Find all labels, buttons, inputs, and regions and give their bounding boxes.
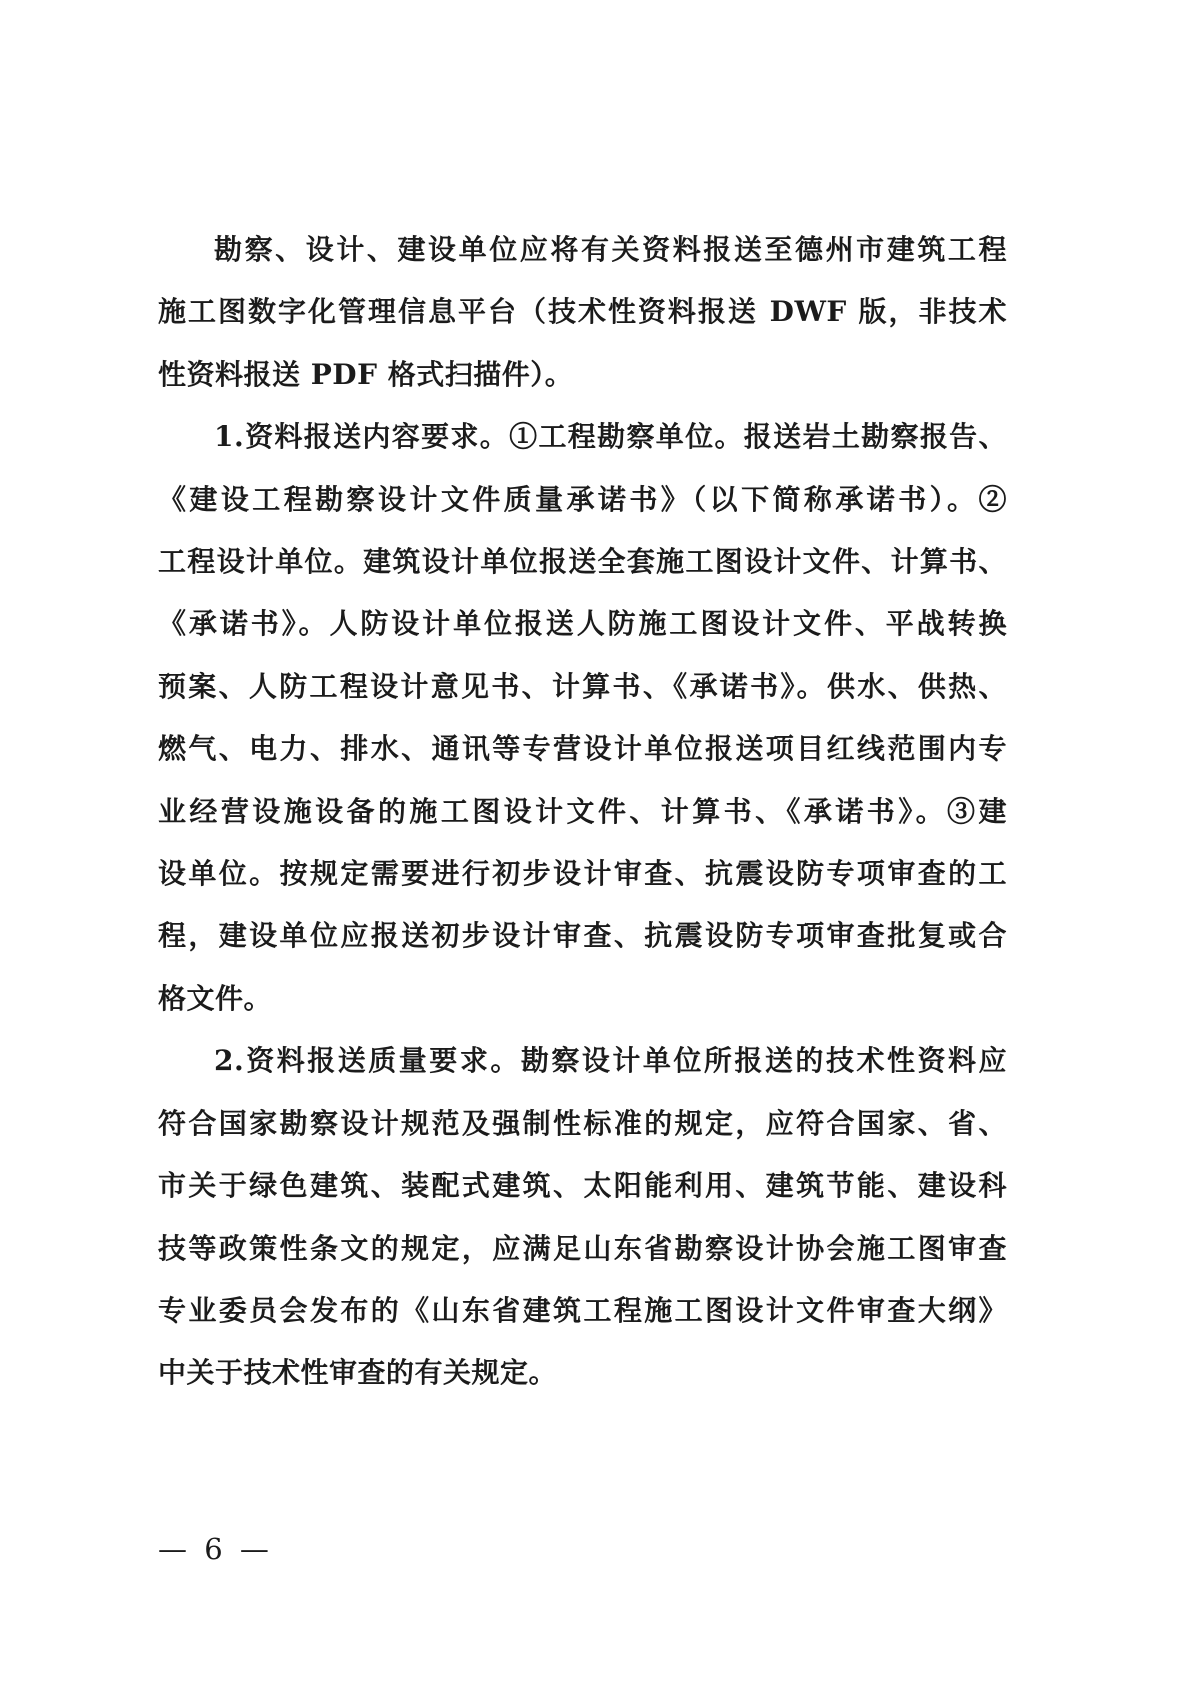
text-line-p2-8: 设单位。按规定需要进行初步设计审查、抗震设防专项审查的工 — [158, 843, 1007, 905]
text-line-p2-1: 1.资料报送内容要求。①工程勘察单位。报送岩土勘察报告、 — [158, 406, 1007, 468]
text-line-p3-4: 技等政策性条文的规定，应满足山东省勘察设计协会施工图审查 — [158, 1218, 1007, 1280]
text-line-p2-9: 程，建设单位应报送初步设计审查、抗震设防专项审查批复或合 — [158, 905, 1007, 967]
paragraph-2: 1.资料报送内容要求。①工程勘察单位。报送岩土勘察报告、《建设工程勘察设计文件质… — [158, 406, 1007, 1030]
text-line-p3-1: 2.资料报送质量要求。勘察设计单位所报送的技术性资料应 — [158, 1030, 1007, 1092]
page-number: — 6 — — [158, 1532, 273, 1566]
text-line-p2-2: 《建设工程勘察设计文件质量承诺书》（以下简称承诺书）。② — [158, 469, 1007, 531]
document-body: 勘察、设计、建设单位应将有关资料报送至德州市建筑工程施工图数字化管理信息平台（技… — [158, 219, 1007, 1405]
text-line-p3-5: 专业委员会发布的《山东省建筑工程施工图设计文件审查大纲》 — [158, 1280, 1007, 1342]
document-page: 勘察、设计、建设单位应将有关资料报送至德州市建筑工程施工图数字化管理信息平台（技… — [0, 0, 1200, 1697]
text-line-p1-1: 勘察、设计、建设单位应将有关资料报送至德州市建筑工程 — [158, 219, 1007, 281]
text-line-p2-3: 工程设计单位。建筑设计单位报送全套施工图设计文件、计算书、 — [158, 531, 1007, 593]
text-line-p2-4: 《承诺书》。人防设计单位报送人防施工图设计文件、平战转换 — [158, 593, 1007, 655]
text-line-p2-5: 预案、人防工程设计意见书、计算书、《承诺书》。供水、供热、 — [158, 656, 1007, 718]
text-line-p3-6: 中关于技术性审查的有关规定。 — [158, 1342, 1007, 1404]
text-line-p3-3: 市关于绿色建筑、装配式建筑、太阳能利用、建筑节能、建设科 — [158, 1155, 1007, 1217]
text-line-p1-3: 性资料报送 PDF 格式扫描件）。 — [158, 344, 1007, 406]
text-line-p2-6: 燃气、电力、排水、通讯等专营设计单位报送项目红线范围内专 — [158, 718, 1007, 780]
paragraph-1: 勘察、设计、建设单位应将有关资料报送至德州市建筑工程施工图数字化管理信息平台（技… — [158, 219, 1007, 406]
text-line-p3-2: 符合国家勘察设计规范及强制性标准的规定，应符合国家、省、 — [158, 1093, 1007, 1155]
paragraph-3: 2.资料报送质量要求。勘察设计单位所报送的技术性资料应符合国家勘察设计规范及强制… — [158, 1030, 1007, 1404]
text-line-p1-2: 施工图数字化管理信息平台（技术性资料报送 DWF 版，非技术 — [158, 281, 1007, 343]
text-line-p2-10: 格文件。 — [158, 968, 1007, 1030]
text-line-p2-7: 业经营设施设备的施工图设计文件、计算书、《承诺书》。③建 — [158, 781, 1007, 843]
